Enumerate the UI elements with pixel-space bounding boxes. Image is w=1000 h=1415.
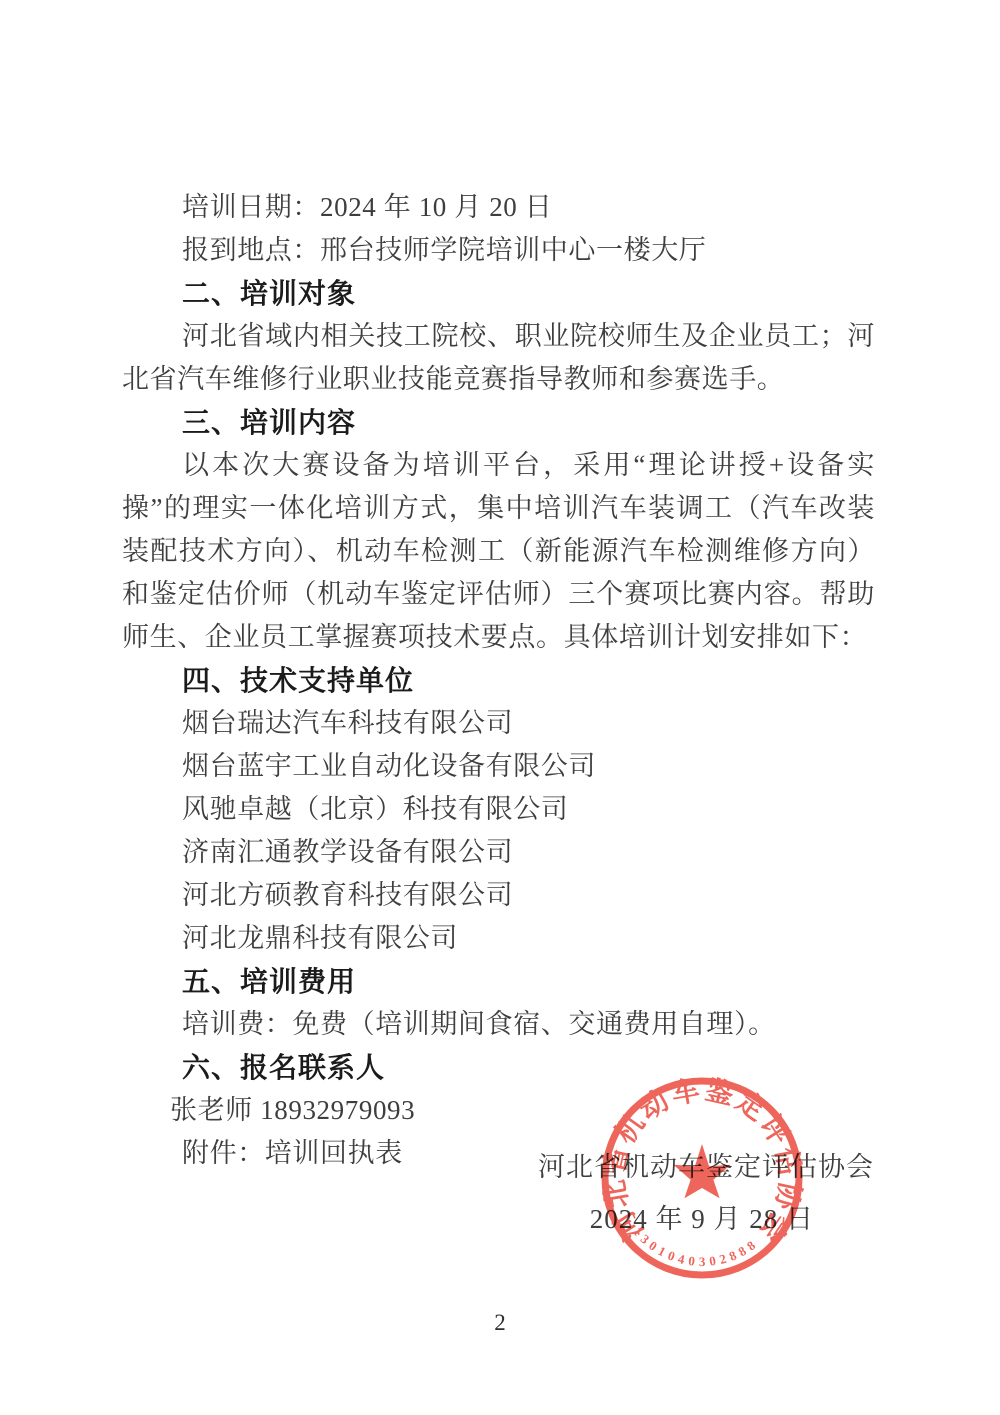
paragraph: 培训日期：2024 年 10 月 20 日 bbox=[122, 186, 875, 229]
section-heading: 三、培训内容 bbox=[122, 401, 875, 444]
paragraph: 以本次大赛设备为培训平台，采用“理论讲授+设备实操”的理实一体化培训方式，集中培… bbox=[122, 444, 875, 659]
signature-date: 2024 年 9 月 28 日 bbox=[590, 1198, 814, 1241]
section-heading: 四、技术支持单位 bbox=[122, 659, 875, 702]
paragraph: 张老师 18932979093 bbox=[122, 1089, 875, 1132]
paragraph: 河北龙鼎科技有限公司 bbox=[122, 917, 875, 960]
paragraph: 烟台蓝宇工业自动化设备有限公司 bbox=[122, 745, 875, 788]
paragraph: 济南汇通教学设备有限公司 bbox=[122, 831, 875, 874]
signature-organization: 河北省机动车鉴定评估协会 bbox=[538, 1146, 874, 1189]
paragraph: 培训费：免费（培训期间食宿、交通费用自理）。 bbox=[122, 1003, 875, 1046]
page-number: 2 bbox=[0, 1310, 1000, 1336]
paragraph: 河北方硕教育科技有限公司 bbox=[122, 874, 875, 917]
paragraph: 报到地点：邢台技师学院培训中心一楼大厅 bbox=[122, 229, 875, 272]
paragraph: 风驰卓越（北京）科技有限公司 bbox=[122, 788, 875, 831]
paragraph: 河北省域内相关技工院校、职业院校师生及企业员工；河北省汽车维修行业职业技能竞赛指… bbox=[122, 315, 875, 401]
document-page: 培训日期：2024 年 10 月 20 日报到地点：邢台技师学院培训中心一楼大厅… bbox=[0, 0, 1000, 1415]
section-heading: 五、培训费用 bbox=[122, 960, 875, 1003]
section-heading: 二、培训对象 bbox=[122, 272, 875, 315]
paragraph: 烟台瑞达汽车科技有限公司 bbox=[122, 702, 875, 745]
section-heading: 六、报名联系人 bbox=[122, 1046, 875, 1089]
document-body: 培训日期：2024 年 10 月 20 日报到地点：邢台技师学院培训中心一楼大厅… bbox=[122, 186, 875, 1175]
